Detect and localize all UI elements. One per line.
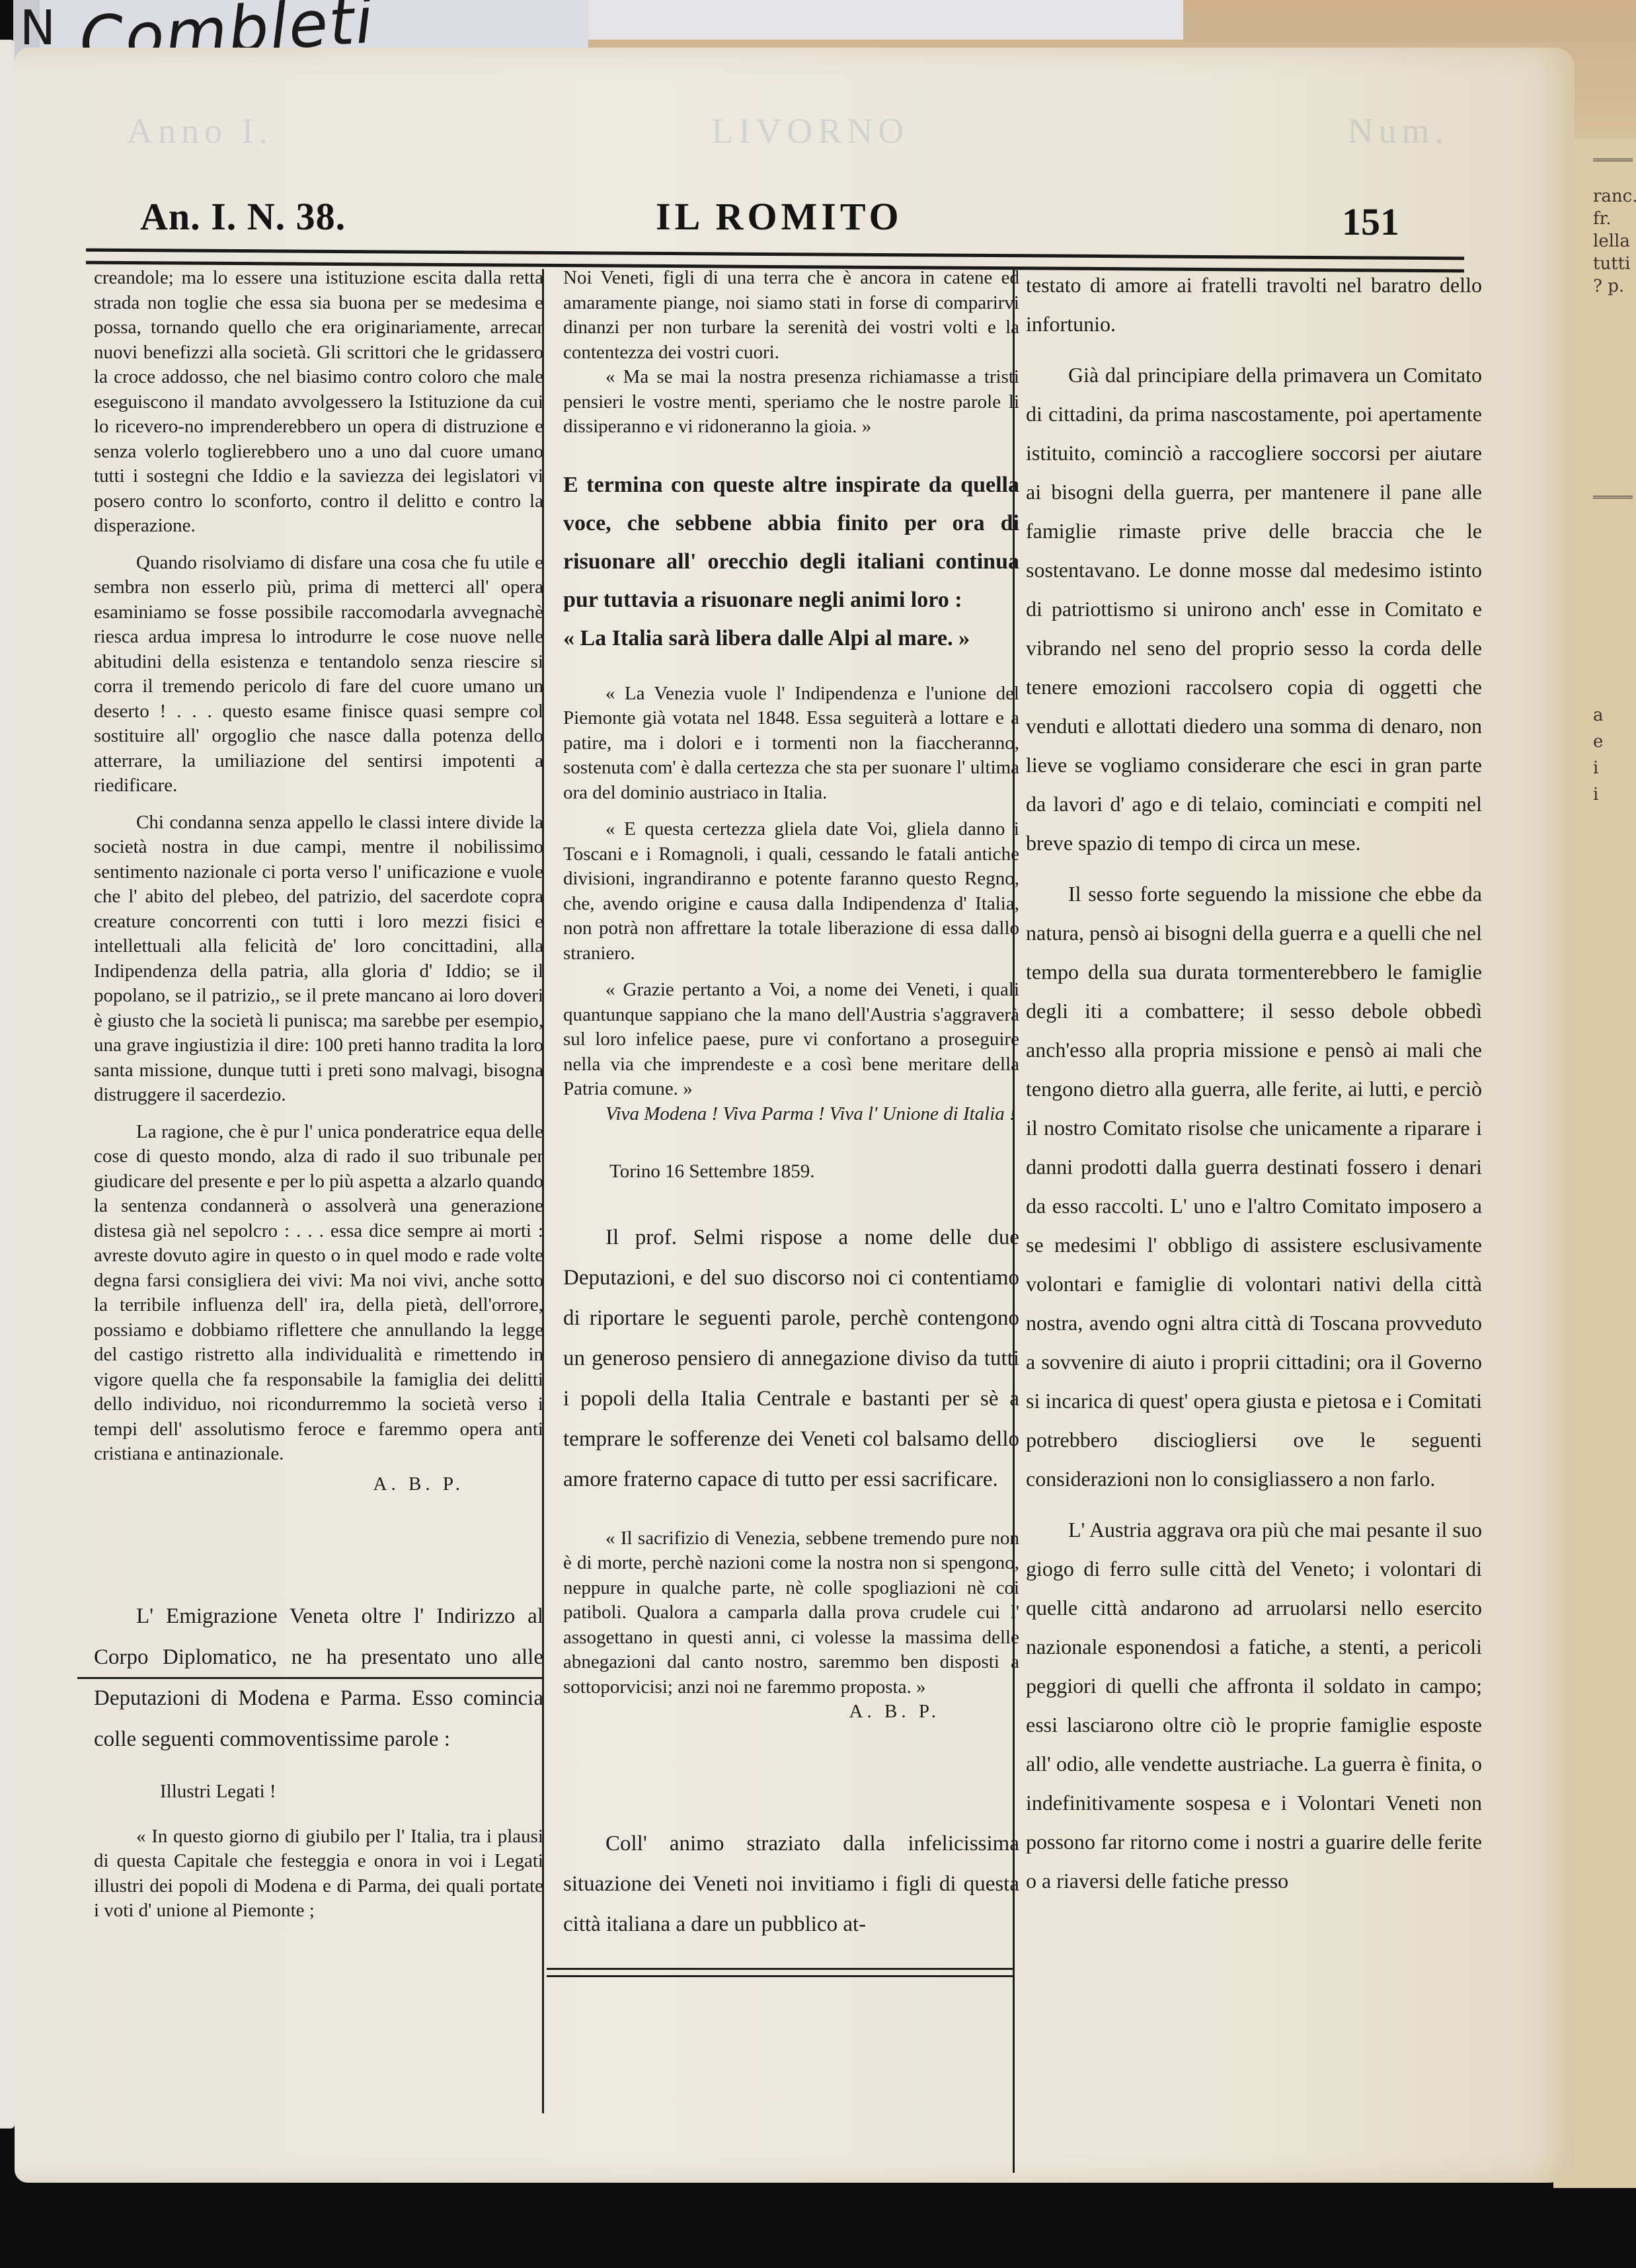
adjacent-page-edge <box>0 40 15 2129</box>
bleed-through-text: LIVORNO <box>711 110 909 151</box>
fragment-text: ? p. <box>1593 275 1624 297</box>
article-separator-double <box>547 1968 1013 1977</box>
motto: « La Italia sarà libera dalle Alpi al ma… <box>563 619 1019 658</box>
dateline: Torino 16 Settembre 1859. <box>563 1159 1019 1185</box>
article-paragraph: Il sesso forte seguendo la missione che … <box>1026 875 1482 1499</box>
article-paragraph: L' Austria aggrava ora più che mai pesan… <box>1026 1510 1482 1900</box>
quoted-speech: « Il sacrifizio di Venezia, sebbene trem… <box>563 1526 1019 1700</box>
masthead: An. I. N. 38. IL ROMITO 151 <box>140 194 1399 247</box>
author-signature: A. B. P. <box>563 1700 1019 1725</box>
newspaper-page: Anno I. LIVORNO Num. An. I. N. 38. IL RO… <box>15 48 1575 2183</box>
quoted-address: « Ma se mai la nostra presenza richiamas… <box>563 365 1019 440</box>
fragment-text: i <box>1593 757 1598 779</box>
article-paragraph: Coll' animo straziato dalla infelicissim… <box>563 1824 1019 1945</box>
salutation: Illustri Legati ! <box>94 1779 543 1805</box>
column-middle: Noi Veneti, figli di una terra che è anc… <box>563 266 1019 1945</box>
article-paragraph: La ragione, che è pur l' unica ponderatr… <box>94 1120 543 1467</box>
fragment-rule <box>1593 496 1633 498</box>
article-paragraph: Il prof. Selmi rispose a nome delle due … <box>563 1218 1019 1500</box>
issue-number: An. I. N. 38. <box>140 194 346 239</box>
quoted-address: Noi Veneti, figli di una terra che è anc… <box>563 266 1019 365</box>
white-sheet <box>568 0 1183 40</box>
fragment-text: tutti <box>1593 253 1630 275</box>
bleed-through-text: Anno I. <box>127 110 273 151</box>
article-paragraph: Già dal principiare della primavera un C… <box>1026 356 1482 863</box>
fragment-text: i <box>1593 783 1598 806</box>
fragment-text: a <box>1593 704 1604 726</box>
article-intro: L' Emigrazione Veneta oltre l' Indirizzo… <box>94 1596 543 1760</box>
article-paragraph: creandole; ma lo essere una istituzione … <box>94 266 543 539</box>
quoted-address: « In questo giorno di giubilo per l' Ita… <box>94 1824 543 1924</box>
quoted-address: « Grazie pertanto a Voi, a nome dei Vene… <box>563 978 1019 1102</box>
column-right: testato di amore ai fratelli travolti ne… <box>1026 266 1482 1900</box>
fragment-text: fr. <box>1593 208 1611 230</box>
closing-cheer: Viva Modena ! Viva Parma ! Viva l' Union… <box>563 1102 1019 1127</box>
fragment-text: lella <box>1593 230 1630 253</box>
page-number: 151 <box>1342 200 1399 244</box>
article-paragraph: testato di amore ai fratelli travolti ne… <box>1026 266 1482 344</box>
bleed-through-header: Anno I. LIVORNO Num. <box>127 110 1449 151</box>
quoted-address: « La Venezia vuole l' Indipendenza e l'u… <box>563 682 1019 806</box>
bleed-through-text: Num. <box>1348 110 1450 151</box>
fragment-text: ranc. <box>1593 185 1636 208</box>
fragment-text: e <box>1593 730 1603 753</box>
newspaper-title: IL ROMITO <box>656 194 903 239</box>
author-signature: A. B. P. <box>94 1472 543 1497</box>
article-paragraph: Quando risolviamo di disfare una cosa ch… <box>94 551 543 799</box>
article-paragraph: Chi condanna senza appello le classi int… <box>94 810 543 1108</box>
quoted-address: « E questa certezza gliela date Voi, gli… <box>563 817 1019 966</box>
column-left: creandole; ma lo essere una istituzione … <box>94 266 543 1924</box>
editorial-transition: E termina con queste altre inspirate da … <box>563 466 1019 619</box>
fragment-rule <box>1593 159 1633 161</box>
